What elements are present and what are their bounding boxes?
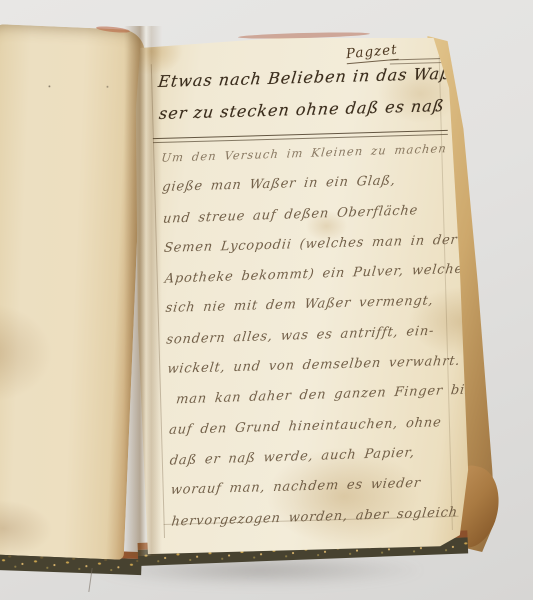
right-page-manuscript: Pagzet Etwas nach Belieben in das Waß- s…: [130, 30, 475, 560]
heading-underline-rule: [153, 130, 448, 143]
manuscript-text: Etwas nach Belieben in das Waß- ser zu s…: [158, 64, 461, 542]
heading-line-1: Etwas nach Belieben in das Waß-: [157, 64, 459, 91]
gutter-shadow: [124, 26, 162, 556]
body-text-block: Um den Versuch im Kleinen zu machen gieß…: [160, 142, 461, 544]
photo-scene: Pagzet Etwas nach Belieben in das Waß- s…: [0, 0, 533, 600]
